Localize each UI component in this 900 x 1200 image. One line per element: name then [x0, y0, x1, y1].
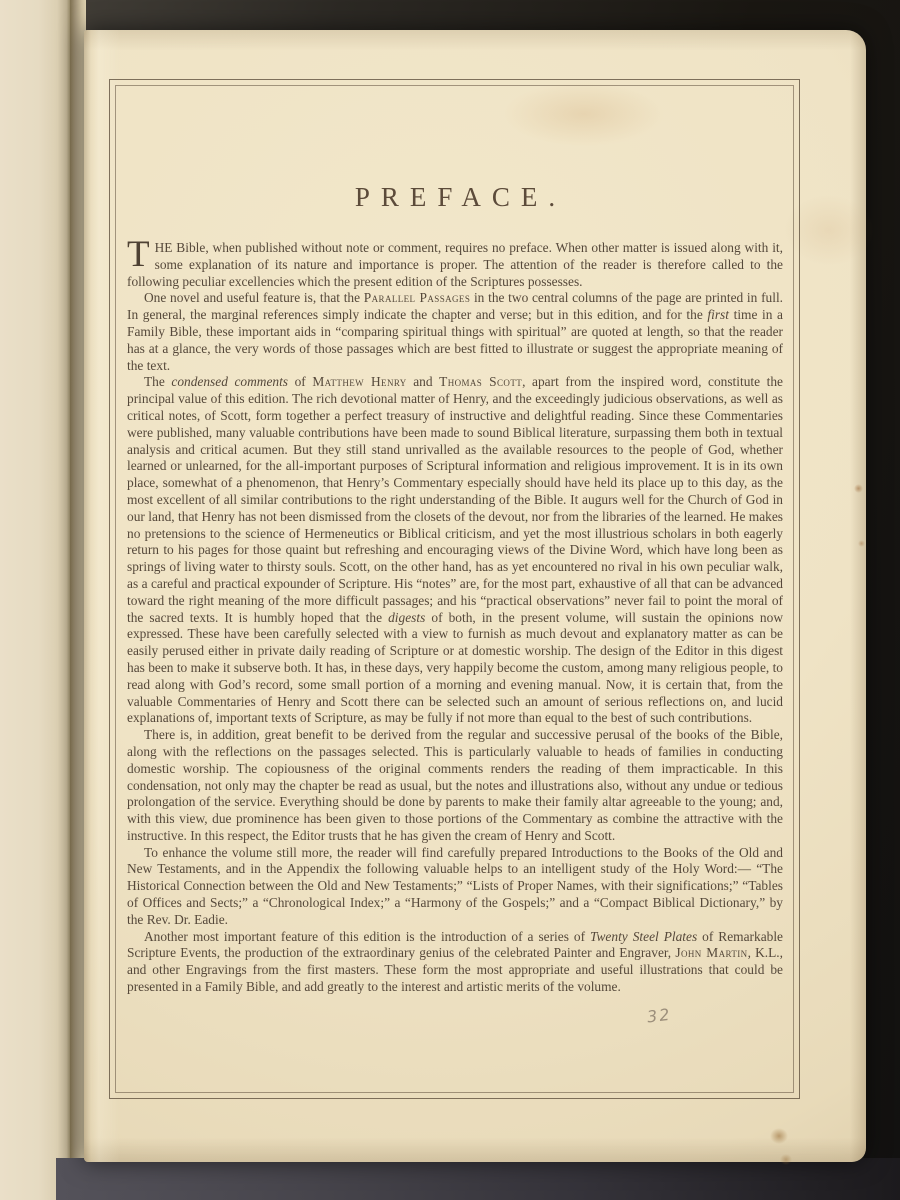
- text-segment: first: [707, 307, 729, 322]
- photograph-of-book: PREFACE. THE Bible, when published witho…: [0, 0, 900, 1200]
- text-segment: Twenty Steel Plates: [590, 929, 697, 944]
- text-segment: To enhance the volume still more, the re…: [127, 845, 783, 927]
- text-segment: Matthew Henry: [312, 374, 406, 389]
- text-segment: and: [407, 374, 439, 389]
- paragraph: To enhance the volume still more, the re…: [127, 845, 783, 929]
- page-title: PREFACE.: [127, 182, 783, 213]
- foxing-stain: [858, 540, 865, 547]
- text-segment: John Martin: [675, 945, 747, 960]
- book-page: PREFACE. THE Bible, when published witho…: [84, 30, 866, 1162]
- text-segment: Another most important feature of this e…: [144, 929, 590, 944]
- foxing-stain: [854, 484, 863, 493]
- facing-page-edge: [0, 0, 70, 1200]
- handwritten-pencil-note: 32: [646, 1005, 672, 1027]
- text-segment: One novel and useful feature is, that th…: [144, 290, 364, 305]
- paragraph: Another most important feature of this e…: [127, 929, 783, 996]
- text-segment: , apart from the inspired word, constitu…: [127, 374, 783, 624]
- text-segment: of both, in the present volume, will sus…: [127, 610, 783, 726]
- paragraph: There is, in addition, great benefit to …: [127, 727, 783, 845]
- text-segment: of: [288, 374, 312, 389]
- text-segment: Thomas Scott: [439, 374, 522, 389]
- body-text: THE Bible, when published without note o…: [127, 240, 783, 996]
- text-segment: The: [144, 374, 171, 389]
- drop-cap: T: [127, 240, 155, 269]
- paragraph: The condensed comments of Matthew Henry …: [127, 374, 783, 727]
- paragraph: One novel and useful feature is, that th…: [127, 290, 783, 374]
- text-segment: There is, in addition, great benefit to …: [127, 727, 783, 843]
- text-segment: HE Bible, when published without note or…: [127, 240, 783, 289]
- text-segment: digests: [388, 610, 425, 625]
- foxing-stain: [770, 1128, 788, 1144]
- desk-surface: [56, 1158, 900, 1200]
- text-segment: condensed comments: [171, 374, 288, 389]
- text-segment: Parallel Passages: [364, 290, 470, 305]
- paragraph: THE Bible, when published without note o…: [127, 240, 783, 290]
- page-content: PREFACE. THE Bible, when published witho…: [127, 30, 783, 996]
